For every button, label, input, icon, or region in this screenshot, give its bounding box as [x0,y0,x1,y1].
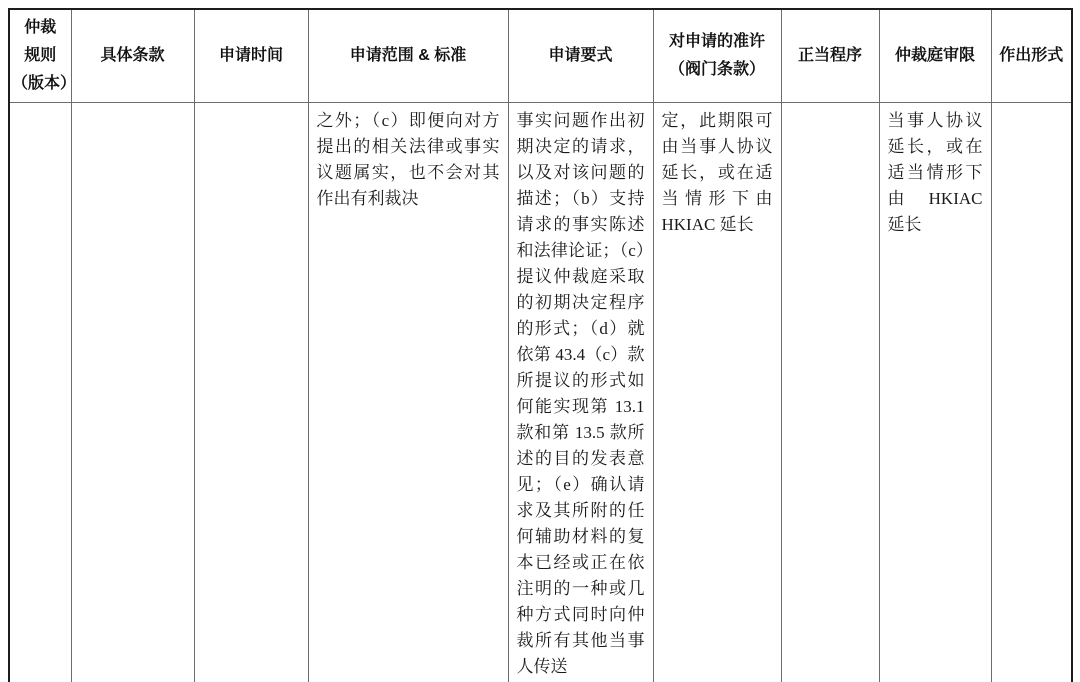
cell-due-process [781,103,879,682]
cell-tribunal-time-limit: 当事人协议延长，或在适当情形下由 HKIAC 延长 [879,103,991,682]
col-header-tribunal-time-limit: 仲裁庭审限 [879,9,991,103]
table-body: 之外；（c）即便向对方提出的相关法律或事实议题属实，也不会对其作出有利裁决 事实… [9,103,1072,682]
cell-application-time [194,103,308,682]
cell-arbitration-rules-version [9,103,71,682]
col-header-arbitration-rules-version: 仲裁 规则 （版本） [9,9,71,103]
col-header-application-time: 申请时间 [194,9,308,103]
cell-specific-provisions [71,103,194,682]
col-header-approval-gateway-clause: 对申请的准许 （阀门条款） [653,9,781,103]
table-header-row: 仲裁 规则 （版本） 具体条款 申请时间 申请范围 & 标准 申请要式 对申请的… [9,9,1072,103]
cell-application-scope-standard: 之外；（c）即便向对方提出的相关法律或事实议题属实，也不会对其作出有利裁决 [308,103,508,682]
cell-output-form [991,103,1072,682]
table-row: 之外；（c）即便向对方提出的相关法律或事实议题属实，也不会对其作出有利裁决 事实… [9,103,1072,682]
col-header-application-scope-standard: 申请范围 & 标准 [308,9,508,103]
document-page: 仲裁 规则 （版本） 具体条款 申请时间 申请范围 & 标准 申请要式 对申请的… [0,0,1080,682]
col-header-specific-provisions: 具体条款 [71,9,194,103]
col-header-due-process: 正当程序 [781,9,879,103]
col-header-output-form: 作出形式 [991,9,1072,103]
arbitration-rules-table: 仲裁 规则 （版本） 具体条款 申请时间 申请范围 & 标准 申请要式 对申请的… [8,8,1073,682]
cell-approval-gateway-clause: 定，此期限可由当事人协议延长，或在适当情形下由 HKIAC 延长 [653,103,781,682]
col-header-application-form: 申请要式 [508,9,653,103]
cell-application-form: 事实问题作出初期决定的请求，以及对该问题的描述；（b）支持请求的事实陈述和法律论… [508,103,653,682]
